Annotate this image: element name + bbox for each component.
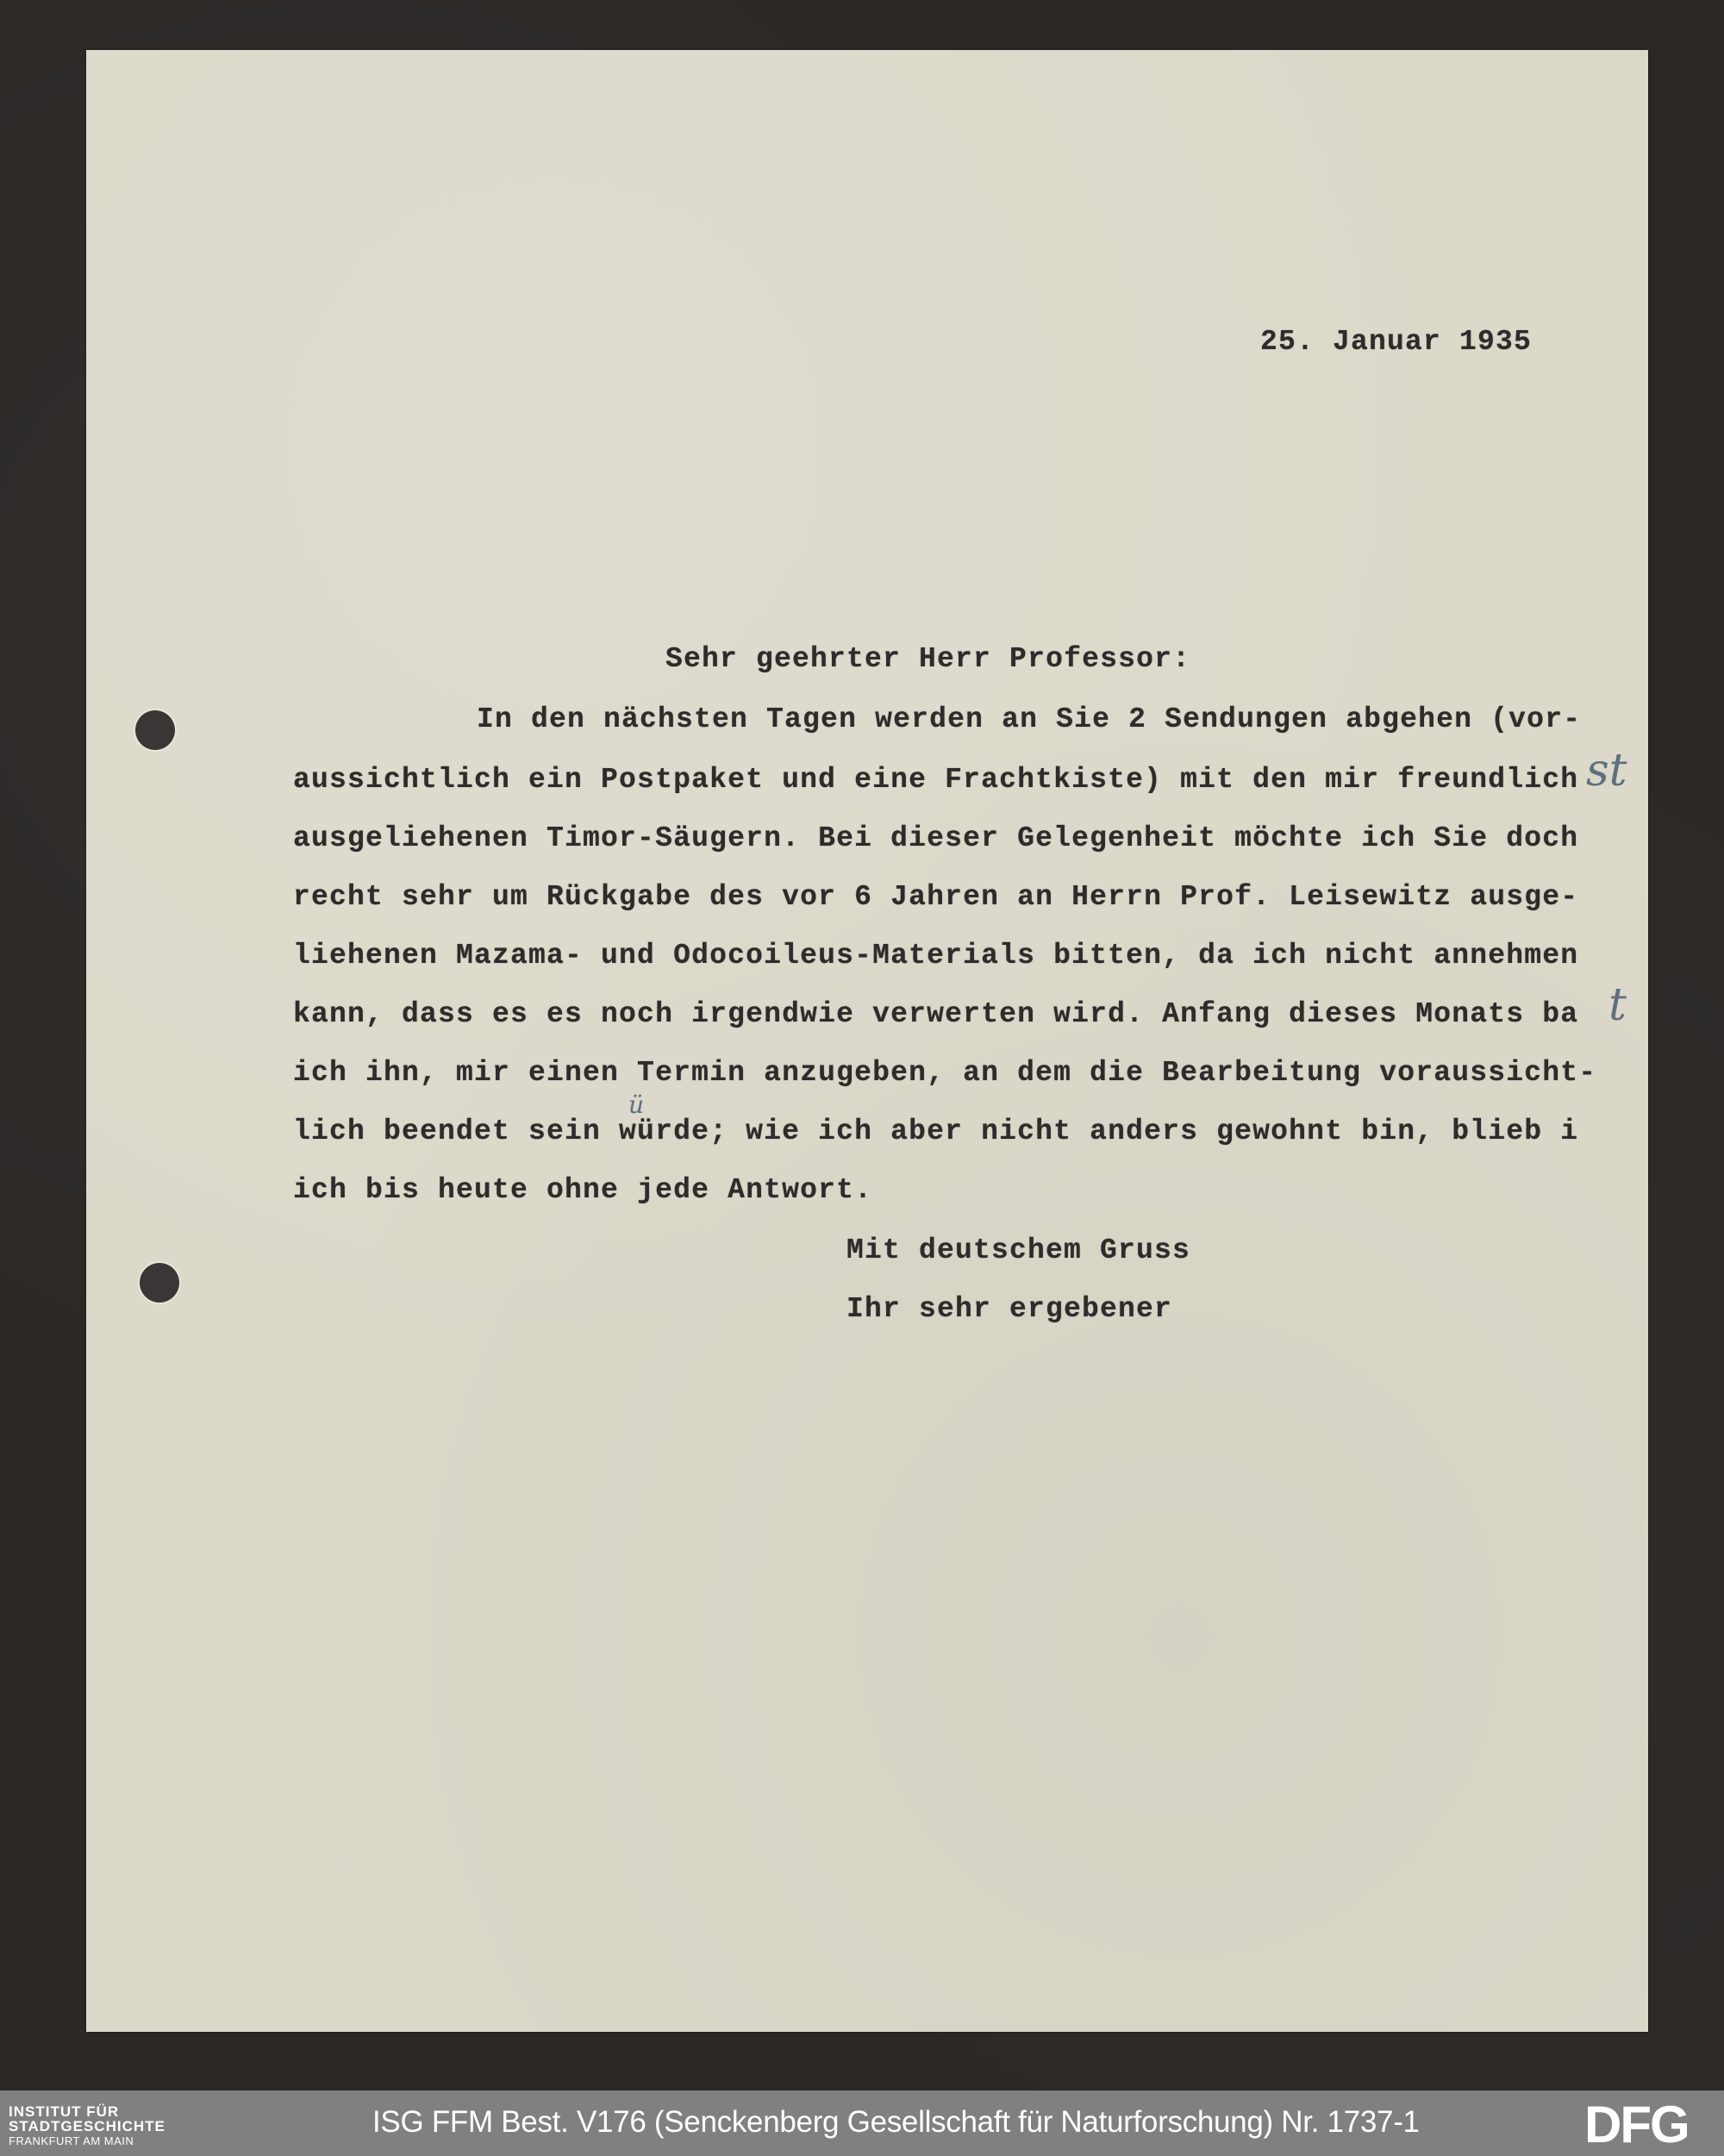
body-line-8: lich beendet sein würde; wie ich aber ni… (293, 1117, 1578, 1146)
handwritten-correction-st: st (1586, 748, 1627, 793)
institution-line-1: INSTITUT FÜR (9, 2104, 166, 2119)
letter-salutation: Sehr geehrter Herr Professor: (665, 645, 1190, 673)
handwritten-umlaut-mark: ü (628, 1093, 644, 1117)
letter-page: 25. Januar 1935 Sehr geehrter Herr Profe… (86, 50, 1648, 2032)
body-line-3: ausgeliehenen Timor-Säugern. Bei dieser … (293, 824, 1578, 853)
punch-hole-top (135, 710, 175, 750)
closing-signoff: Ihr sehr ergebener (846, 1295, 1172, 1323)
handwritten-correction-t: t (1608, 983, 1627, 1028)
archive-footer-bar: INSTITUT FÜR STADTGESCHICHTE FRANKFURT A… (0, 2090, 1724, 2156)
letter-date: 25. Januar 1935 (1260, 328, 1532, 356)
institution-line-2: STADTGESCHICHTE (9, 2119, 166, 2134)
body-line-6: kann, dass es es noch irgendwie verwerte… (293, 1000, 1578, 1028)
institution-logo: INSTITUT FÜR STADTGESCHICHTE FRANKFURT A… (9, 2104, 166, 2147)
archive-citation: ISG FFM Best. V176 (Senckenberg Gesellsc… (372, 2107, 1420, 2137)
closing-greeting: Mit deutschem Gruss (846, 1236, 1190, 1265)
body-line-5: liehenen Mazama- und Odocoileus-Material… (293, 941, 1578, 970)
punch-hole-bottom (140, 1263, 179, 1303)
body-line-1: In den nächsten Tagen werden an Sie 2 Se… (477, 705, 1581, 734)
dfg-logo: DFG (1584, 2099, 1689, 2151)
institution-line-3: FRANKFURT AM MAIN (9, 2135, 166, 2147)
body-line-4: recht sehr um Rückgabe des vor 6 Jahren … (293, 883, 1578, 911)
body-line-2: aussichtlich ein Postpaket und eine Frac… (293, 766, 1578, 794)
body-line-9: ich bis heute ohne jede Antwort. (293, 1176, 872, 1204)
body-line-7: ich ihn, mir einen Termin anzugeben, an … (293, 1059, 1596, 1087)
